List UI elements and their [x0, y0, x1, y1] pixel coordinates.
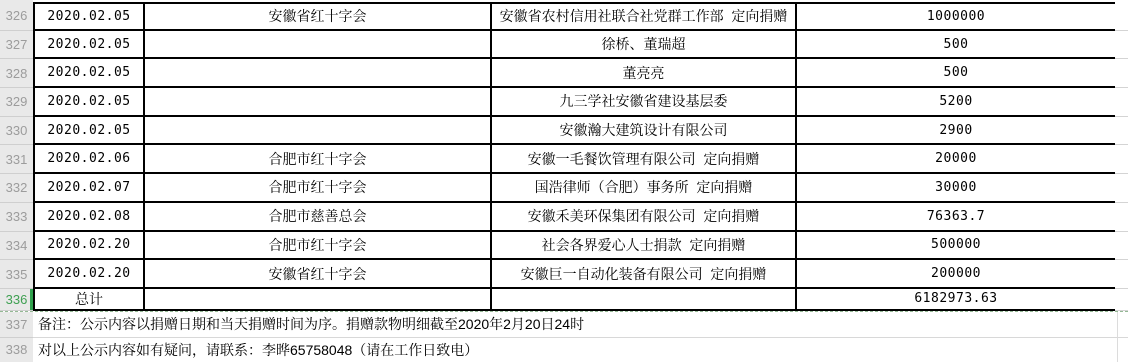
row-number-header[interactable]: 328: [0, 59, 33, 88]
gridline-stub: [1115, 59, 1128, 88]
row-number-header[interactable]: 333: [0, 203, 33, 232]
cell-date[interactable]: 2020.02.05: [35, 59, 145, 86]
cell-date[interactable]: 2020.02.05: [35, 88, 145, 115]
cell-date[interactable]: 2020.02.06: [35, 145, 145, 172]
selection-accent-bar: [30, 289, 33, 310]
table-row: 333 2020.02.08 合肥市慈善总会 安徽禾美环保集团有限公司 定向捐赠…: [0, 203, 1128, 232]
row-number-header[interactable]: 335: [0, 260, 33, 289]
row-number-header[interactable]: 327: [0, 31, 33, 60]
gridline-stub: [1117, 312, 1128, 338]
cell-donor[interactable]: 安徽一毛餐饮管理有限公司 定向捐赠: [492, 145, 797, 172]
row-number-header[interactable]: 338: [0, 338, 33, 362]
row-number-header[interactable]: 330: [0, 117, 33, 146]
table-row: 331 2020.02.06 合肥市红十字会 安徽一毛餐饮管理有限公司 定向捐赠…: [0, 145, 1128, 174]
table-row: 334 2020.02.20 合肥市红十字会 社会各界爱心人士捐款 定向捐赠 5…: [0, 232, 1128, 261]
row-cells: 2020.02.08 合肥市慈善总会 安徽禾美环保集团有限公司 定向捐赠 763…: [33, 203, 1115, 232]
table-row: 332 2020.02.07 合肥市红十字会 国浩律师（合肥）事务所 定向捐赠 …: [0, 174, 1128, 203]
row-number-header[interactable]: 326: [0, 2, 33, 31]
gridline-stub: [1115, 289, 1128, 311]
cell-organization[interactable]: 合肥市红十字会: [145, 232, 492, 259]
table-body: 326 2020.02.05 安徽省红十字会 安徽省农村信用社联合社党群工作部 …: [0, 2, 1128, 289]
gridline-stub: [1115, 260, 1128, 289]
cell-donor[interactable]: 社会各界爱心人士捐款 定向捐赠: [492, 232, 797, 259]
total-row: 336 总计 6182973.63: [0, 289, 1128, 311]
cell-donor[interactable]: 安徽瀚大建筑设计有限公司: [492, 117, 797, 144]
table-row: 327 2020.02.05 徐桥、董瑞超 500: [0, 31, 1128, 60]
cell-donor[interactable]: 国浩律师（合肥）事务所 定向捐赠: [492, 174, 797, 201]
row-number-header-selected[interactable]: 336: [0, 289, 33, 311]
row-number-header[interactable]: 334: [0, 232, 33, 261]
cell-donor[interactable]: 安徽省农村信用社联合社党群工作部 定向捐赠: [492, 4, 797, 29]
cell-organization[interactable]: 合肥市慈善总会: [145, 203, 492, 230]
row-cells: 2020.02.05 董亮亮 500: [33, 59, 1115, 88]
row-cells: 2020.02.07 合肥市红十字会 国浩律师（合肥）事务所 定向捐赠 3000…: [33, 174, 1115, 203]
cell-amount[interactable]: 20000: [797, 145, 1117, 172]
row-cells: 2020.02.05 九三学社安徽省建设基层委 5200: [33, 88, 1115, 117]
cell-date[interactable]: 2020.02.05: [35, 4, 145, 29]
cell-total-amount[interactable]: 6182973.63: [797, 289, 1117, 309]
cell-organization[interactable]: [145, 59, 492, 86]
cell-organization[interactable]: [145, 88, 492, 115]
note-text-remark[interactable]: 备注：公示内容以捐赠日期和当天捐赠时间为序。捐赠款物明细截至2020年2月20日…: [33, 312, 1117, 338]
cell-date[interactable]: 2020.02.20: [35, 232, 145, 259]
row-cells: 2020.02.05 徐桥、董瑞超 500: [33, 31, 1115, 60]
cell-amount[interactable]: 1000000: [797, 4, 1117, 29]
cell-amount[interactable]: 5200: [797, 88, 1117, 115]
cell-organization[interactable]: [145, 289, 492, 309]
cell-date[interactable]: 2020.02.05: [35, 31, 145, 58]
row-cells: 2020.02.05 安徽省红十字会 安徽省农村信用社联合社党群工作部 定向捐赠…: [33, 2, 1115, 31]
note-row: 338 对以上公示内容如有疑问，请联系：李晔65758048（请在工作日致电）: [0, 338, 1128, 362]
row-cells: 总计 6182973.63: [33, 289, 1115, 311]
gridline-stub: [1115, 117, 1128, 146]
cell-donor[interactable]: 安徽巨一自动化装备有限公司 定向捐赠: [492, 260, 797, 287]
cell-amount[interactable]: 30000: [797, 174, 1117, 201]
gridline-stub: [1115, 31, 1128, 60]
row-cells: 2020.02.05 安徽瀚大建筑设计有限公司 2900: [33, 117, 1115, 146]
gridline-stub: [1115, 203, 1128, 232]
spreadsheet: 326 2020.02.05 安徽省红十字会 安徽省农村信用社联合社党群工作部 …: [0, 0, 1128, 362]
cell-amount[interactable]: 200000: [797, 260, 1117, 287]
cell-date[interactable]: 2020.02.07: [35, 174, 145, 201]
cell-donor[interactable]: 董亮亮: [492, 59, 797, 86]
cell-organization[interactable]: 合肥市红十字会: [145, 174, 492, 201]
cell-organization[interactable]: 安徽省红十字会: [145, 260, 492, 287]
row-cells: 2020.02.06 合肥市红十字会 安徽一毛餐饮管理有限公司 定向捐赠 200…: [33, 145, 1115, 174]
cell-organization[interactable]: [145, 117, 492, 144]
row-cells: 2020.02.20 合肥市红十字会 社会各界爱心人士捐款 定向捐赠 50000…: [33, 232, 1115, 261]
cell-donor[interactable]: 徐桥、董瑞超: [492, 31, 797, 58]
gridline-stub: [1115, 174, 1128, 203]
cell-organization[interactable]: 合肥市红十字会: [145, 145, 492, 172]
cell-amount[interactable]: 500000: [797, 232, 1117, 259]
note-text-contact[interactable]: 对以上公示内容如有疑问，请联系：李晔65758048（请在工作日致电）: [33, 338, 1117, 362]
row-number-header[interactable]: 337: [0, 312, 33, 338]
row-number-header[interactable]: 331: [0, 145, 33, 174]
gridline-stub: [1117, 338, 1128, 362]
cell-organization[interactable]: [145, 31, 492, 58]
table-row: 330 2020.02.05 安徽瀚大建筑设计有限公司 2900: [0, 117, 1128, 146]
gridline-stub: [1115, 232, 1128, 261]
cell-amount[interactable]: 2900: [797, 117, 1117, 144]
note-row: 337 备注：公示内容以捐赠日期和当天捐赠时间为序。捐赠款物明细截至2020年2…: [0, 312, 1128, 338]
cell-date[interactable]: 2020.02.20: [35, 260, 145, 287]
table-row: 328 2020.02.05 董亮亮 500: [0, 59, 1128, 88]
gridline-stub: [1115, 145, 1128, 174]
row-number-header[interactable]: 332: [0, 174, 33, 203]
cell-date[interactable]: 2020.02.08: [35, 203, 145, 230]
row-cells: 2020.02.20 安徽省红十字会 安徽巨一自动化装备有限公司 定向捐赠 20…: [33, 260, 1115, 289]
cell-donor[interactable]: [492, 289, 797, 309]
cell-amount[interactable]: 76363.7: [797, 203, 1117, 230]
row-number-label: 336: [6, 292, 28, 307]
cell-total-label[interactable]: 总计: [35, 289, 145, 309]
cell-organization[interactable]: 安徽省红十字会: [145, 4, 492, 29]
cell-amount[interactable]: 500: [797, 59, 1117, 86]
table-row: 335 2020.02.20 安徽省红十字会 安徽巨一自动化装备有限公司 定向捐…: [0, 260, 1128, 289]
gridline-stub: [1115, 2, 1128, 31]
table-row: 326 2020.02.05 安徽省红十字会 安徽省农村信用社联合社党群工作部 …: [0, 2, 1128, 31]
gridline-stub: [1115, 88, 1128, 117]
notes-section: 337 备注：公示内容以捐赠日期和当天捐赠时间为序。捐赠款物明细截至2020年2…: [0, 311, 1128, 362]
cell-date[interactable]: 2020.02.05: [35, 117, 145, 144]
cell-amount[interactable]: 500: [797, 31, 1117, 58]
table-row: 329 2020.02.05 九三学社安徽省建设基层委 5200: [0, 88, 1128, 117]
cell-donor[interactable]: 安徽禾美环保集团有限公司 定向捐赠: [492, 203, 797, 230]
row-number-header[interactable]: 329: [0, 88, 33, 117]
cell-donor[interactable]: 九三学社安徽省建设基层委: [492, 88, 797, 115]
